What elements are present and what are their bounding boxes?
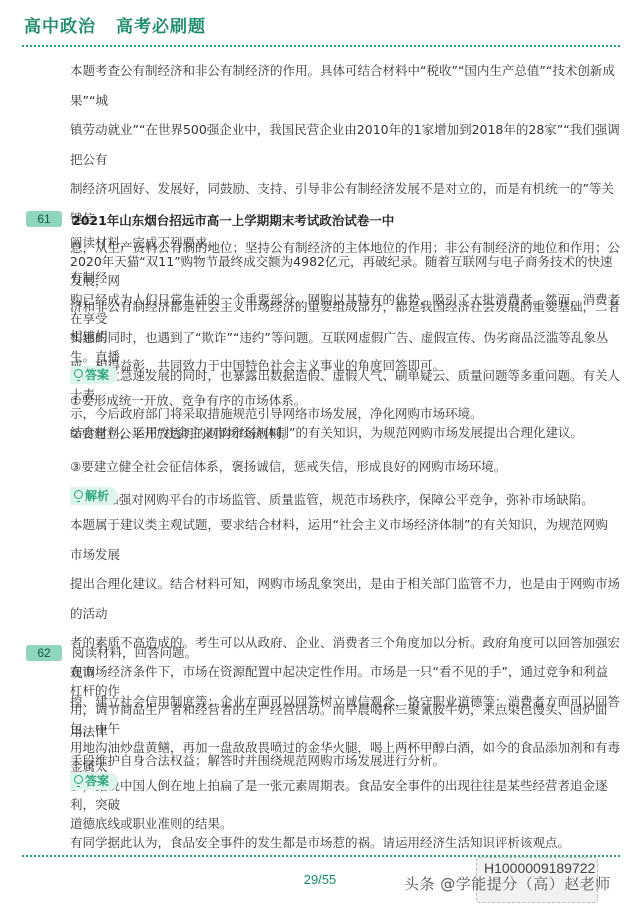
answer-label: 答案 [85,368,109,382]
text-line: 多，据说中国人倒在地上拍扁了是一张元素周期表。食品安全事件的出现往往是某些经营者… [70,776,620,814]
analysis-label: 解析 [85,489,109,503]
text-line: 实惠的同时，也遇到了“欺诈”“违约”等问题。互联网虚假广告、虚假宣传、伪劣商品泛… [70,328,620,366]
text-line: 2020年天猫“双11”购物节最终成交额为4982亿元，再破纪录。随着互联网与电… [70,252,620,290]
book-label: 高考必刷题 [116,17,206,37]
text-line: 在市场经济条件下，市场在资源配置中起决定性作用。市场是一只“看不见的手”，通过竞… [70,662,620,700]
question-62-stem: 在市场经济条件下，市场在资源配置中起决定性作用。市场是一只“看不见的手”，通过竞… [70,662,620,852]
lightbulb-icon [74,369,83,378]
text-line: 有同学据此认为，食品安全事件的发生都是市场惹的祸。请运用经济生活知识评析该观点。 [70,833,620,852]
header-title: 高中政治高考必刷题 [24,12,226,37]
answer-tag: 答案 [70,772,118,790]
answer-item: ③要建立健全社会征信体系，褒扬诚信，惩戒失信，形成良好的网购市场环境。 [70,450,620,483]
answer-item: ①要形成统一开放、竞争有序的市场体系。 [70,384,620,417]
text-line: 本题属于建议类主观试题，要求结合材料，运用“社会主义市场经济体制”的有关知识，为… [70,510,620,569]
question-62-first-line: 阅读材料，回答问题。 [72,643,622,662]
question-61-answer: ①要形成统一开放、竞争有序的市场体系。 ②要建立公平开放透明的网购市场规则。 ③… [70,384,620,516]
text-line: 道德底线或职业准则的结果。 [70,814,620,833]
question-source-title: 2021年山东烟台招远市高一上学期期末考试政治试卷一中 [72,211,394,229]
lightbulb-icon [74,490,83,499]
question-number-badge: 62 [26,645,62,661]
text-line: 本题考查公有制经济和非公有制经济的作用。具体可结合材料中“税收”“国内生产总值”… [70,56,620,115]
question-number-badge: 61 [26,211,62,227]
text-line: 用地沟油炒盘黄鳝，再加一盘敌敌畏喷过的金华火腿，喝上两杯甲醇白酒，如今的食品添加… [70,738,620,776]
header-divider [22,45,620,47]
lightbulb-icon [74,775,83,784]
analysis-tag: 解析 [70,487,118,505]
answer-item: ②要建立公平开放透明的网购市场规则。 [70,417,620,450]
watermark-text: 头条 @学能提分（高）赵老师 [404,873,611,894]
text-line: 购已经成为人们日常生活的一个重要部分。网购以其特有的优势，吸引了大批消费者。然而… [70,290,620,328]
subject-label: 高中政治 [24,17,96,37]
answer-tag: 答案 [70,366,118,384]
answer-label: 答案 [85,774,109,788]
text-line: 阅读材料，完成下列要求。 [70,233,620,252]
text-line: 用，调节商品生产者和经营者的生产经营活动。而早晨喝杯三聚氰胺牛奶，来点染色馒头、… [70,700,620,738]
text-line: 镇劳动就业”“在世界500强企业中，我国民营企业由2010年的1家增加到2018… [70,115,620,174]
text-line: 提出合理化建议。结合材料可知，网购市场乱象突出，是由于相关部门监管不力，也是由于… [70,569,620,628]
